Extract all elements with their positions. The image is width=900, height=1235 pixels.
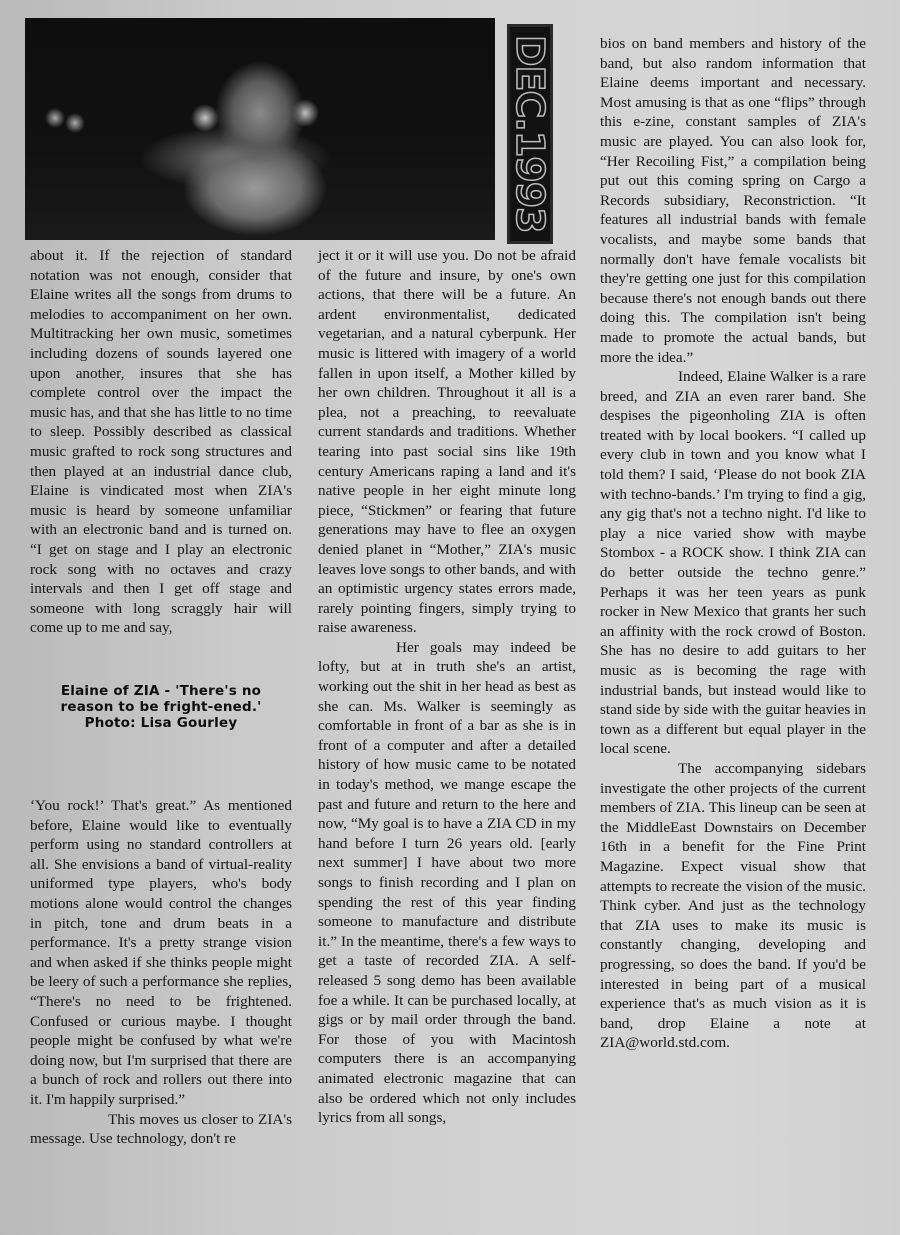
concert-photo bbox=[25, 18, 495, 240]
article-paragraph: This moves us closer to ZIA's message. U… bbox=[30, 1110, 292, 1149]
date-banner: DEC.1993 bbox=[507, 24, 553, 244]
article-paragraph: Indeed, Elaine Walker is a rare breed, a… bbox=[600, 367, 866, 759]
article-paragraph: The accompanying sidebars investigate th… bbox=[600, 759, 866, 1053]
magazine-page: DEC.1993 about it. If the rejection of s… bbox=[0, 0, 900, 1235]
article-paragraph: Her goals may indeed be lofty, but at in… bbox=[318, 638, 576, 1128]
photo-caption: Elaine of ZIA - 'There's no reason to be… bbox=[36, 683, 286, 731]
article-column-1-top: about it. If the rejection of standard n… bbox=[30, 246, 292, 638]
article-column-2: ject it or it will use you. Do not be af… bbox=[318, 246, 576, 1128]
article-paragraph: about it. If the rejection of standard n… bbox=[30, 246, 292, 638]
article-column-3: bios on band members and history of the … bbox=[600, 34, 866, 1053]
article-paragraph: ‘You rock!’ That's great.” As mentioned … bbox=[30, 796, 292, 1110]
article-column-1-bottom: ‘You rock!’ That's great.” As mentioned … bbox=[30, 796, 292, 1149]
article-paragraph: bios on band members and history of the … bbox=[600, 34, 866, 367]
date-banner-text: DEC.1993 bbox=[508, 35, 552, 233]
article-paragraph: ject it or it will use you. Do not be af… bbox=[318, 246, 576, 638]
